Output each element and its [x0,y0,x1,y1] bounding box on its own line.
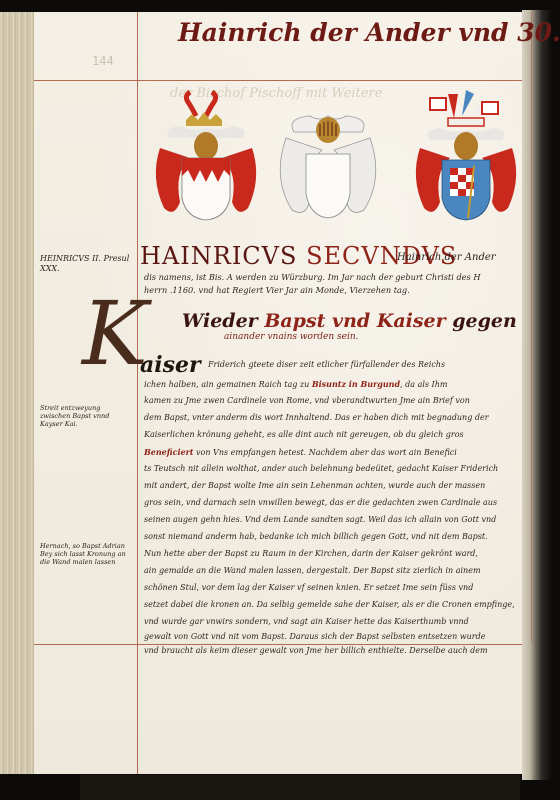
section-heading: Wieder Bapst vnd Kaiser gegen [182,310,517,332]
margin-note-presul: HEINRICVS II. Presul XXX. [40,254,130,274]
header-rule [34,80,522,81]
body-line: Kaiserlichen krönung geheht, es alle din… [144,430,528,439]
section-subheading: ainander vnains worden sein. [224,332,359,342]
section-heading-word: Bapst vnd [264,310,377,332]
margin-note-streit: Streit entzweyung zwischen Bapst vnnd Ka… [40,404,125,428]
coat-of-arms-blank-icon [272,88,384,223]
page-number: 144 [92,54,114,68]
section-heading-word: Wieder [182,310,264,332]
body-line: Beneficiert von Vns empfangen hetest. Na… [144,447,528,457]
body-line: vnd wurde gar vnwirs sondern, vnd sagt a… [144,617,528,626]
body-line: ichen halben, ain gemainen Raich tag zu … [144,379,528,389]
page-title: Hainrich der Ander vnd 30. Bischof [178,18,560,47]
margin-rule-right [531,12,532,642]
body-line: schönen Stul, vor dem lag der Kaiser vf … [144,583,528,592]
body-line: mit andert, der Bapst wolte Ime ain sein… [144,481,528,490]
margin-rule-left [137,12,138,774]
body-line: Nun hette aber der Bapst zu Raum in der … [144,549,528,558]
coat-of-arms-banner-icon [410,88,522,223]
book-gutter-edge [522,10,560,780]
body-line: seinen augen gehn hies. Vnd dem Lande sa… [144,515,528,524]
margin-note-hernach: Hernach, so Bapst Adrian Bey sich lasst … [40,542,130,566]
body-line: ts Teutsch nit allein wolthat, ander auc… [144,464,528,473]
decorated-initial: K [82,290,148,378]
heading-name: HAINRICVS [140,242,306,270]
coat-of-arms-franconia-icon [150,88,262,223]
scan-background [80,775,520,800]
body-line: vnd braucht als keim dieser gewalt von J… [144,646,528,655]
heading-tail: Hainrich der Ander [397,252,496,263]
body-line: setzet dabei die kronen an. Da selbig ge… [144,600,528,609]
section-heading-word: Kaiser [377,310,446,332]
section-heading-word: gegen [446,310,517,332]
body-line: kamen zu Jme zwen Cardinele von Rome, vn… [144,396,528,405]
footer-rule [34,644,522,645]
body-line: gros sein, vnd darnach sein vnwillen bew… [144,498,528,507]
intro-line: dis namens, ist Bis. A werden zu Würzbur… [144,272,480,282]
body-line: dem Bapst, vnter anderm dis wort Innhalt… [144,413,528,422]
intro-line: herrn .1160. vnd hat Regiert Vier Jar ai… [144,285,410,295]
body-line: sonst niemand anderm hab, bedanke ich mi… [144,532,528,541]
body-line: Friderich gteete diser zeit etlicher für… [208,360,528,369]
kaiser-word: aiser [140,352,201,378]
book-page-stack [0,12,36,774]
body-line: ain gemalde an die Wand malen lassen, de… [144,566,528,575]
body-line: gewalt von Gott vnd nit vom Bapst. Darau… [144,632,528,641]
